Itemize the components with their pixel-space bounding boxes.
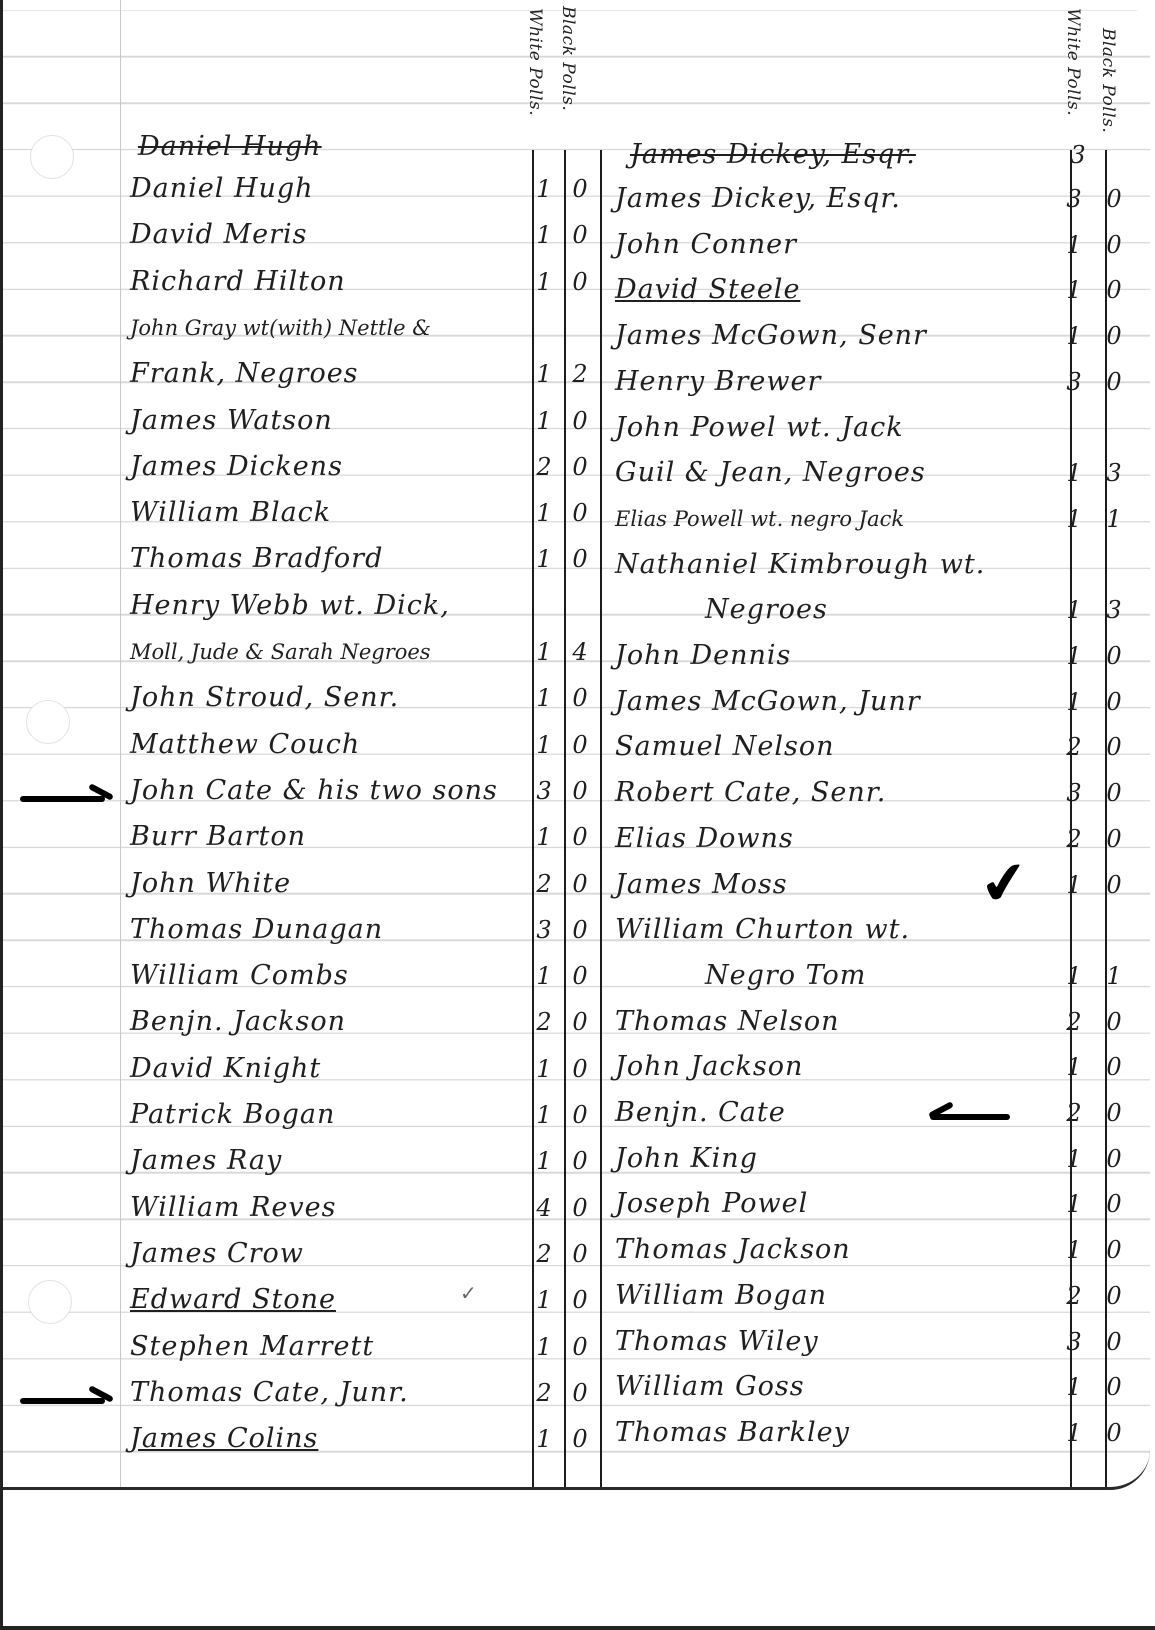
entry-row: James Moss [615, 856, 788, 902]
entry-name: Henry Webb wt. Dick, [130, 589, 450, 623]
black-poll-count: 0 [566, 1098, 594, 1132]
white-poll-count: 1 [1060, 1050, 1088, 1084]
entry-name: James McGown, Junr [615, 685, 921, 719]
entry-row: James Dickey, Esqr. [615, 170, 901, 216]
white-poll-count: 1 [1060, 1187, 1088, 1221]
entry-row: Benjn. Cate [615, 1084, 786, 1130]
black-poll-count: 0 [1100, 1279, 1128, 1313]
white-poll-count: 1 [1060, 868, 1088, 902]
entry-name: James Crow [130, 1237, 304, 1271]
entry-name: Thomas Wiley [615, 1325, 819, 1359]
page-edge [0, 1626, 1155, 1630]
entry-row: Thomas Dunagan [130, 901, 383, 947]
white-poll-count: 2 [530, 867, 558, 901]
white-poll-count: 1 [530, 496, 558, 530]
entry-row: Negroes [705, 581, 828, 627]
black-poll-count: 0 [566, 913, 594, 947]
entry-row: James McGown, Senr [615, 307, 927, 353]
entry-name: Frank, Negroes [130, 357, 359, 391]
black-poll-count: 0 [1100, 1416, 1128, 1450]
punch-hole [30, 135, 74, 179]
entry-name: John Conner [615, 228, 797, 262]
white-poll-count: 1 [530, 681, 558, 715]
black-poll-count: 0 [1100, 1142, 1128, 1176]
entry-name: Richard Hilton [130, 265, 346, 299]
black-poll-count: 0 [566, 265, 594, 299]
entry-name: James Dickey, Esqr. [615, 182, 901, 216]
entry-name: Benjn. Jackson [130, 1005, 346, 1039]
entry-row: Matthew Couch [130, 716, 360, 762]
white-poll-count: 3 [530, 913, 558, 947]
entry-name: Henry Brewer [615, 365, 821, 399]
white-poll-count: 1 [1060, 228, 1088, 262]
white-poll-count: 1 [1060, 1233, 1088, 1267]
black-poll-count: 0 [566, 1052, 594, 1086]
entry-row: John Powel wt. Jack [615, 399, 904, 445]
entry-name: John Jackson [615, 1050, 803, 1084]
entry-name: William Churton wt. [615, 913, 910, 947]
entry-row: Burr Barton [130, 808, 306, 854]
entry-name: Negroes [705, 593, 828, 627]
black-polls-header-right: Black Polls. [1098, 28, 1118, 133]
black-poll-count: 0 [1100, 1370, 1128, 1404]
entry-row: John Dennis [615, 627, 791, 673]
struck-name: James Dickey, Esqr. [630, 138, 916, 172]
entry-name: Thomas Barkley [615, 1416, 850, 1450]
margin-line [120, 0, 121, 1487]
entry-name: John Cate & his two sons [130, 774, 498, 808]
entry-name: Guil & Jean, Negroes [615, 456, 926, 490]
entry-row: William Combs [130, 947, 349, 993]
black-poll-count: 0 [1100, 182, 1128, 216]
entry-name: John Gray wt(with) Nettle & [130, 311, 431, 345]
entry-name: John Powel wt. Jack [615, 411, 904, 445]
black-poll-count: 0 [566, 728, 594, 762]
entry-name: Stephen Marrett [130, 1330, 374, 1364]
tick-note-icon: ✓ [460, 1281, 477, 1305]
entry-row: David Steele [615, 261, 800, 307]
checkmark-icon: ✔ [976, 850, 1032, 914]
entry-row: John White [130, 855, 291, 901]
white-poll-count: 2 [530, 1376, 558, 1410]
white-poll-count: 1 [530, 1283, 558, 1317]
struck-name: Daniel Hugh [138, 130, 322, 164]
black-poll-count: 0 [1100, 1096, 1128, 1130]
black-poll-count: 0 [1100, 1233, 1128, 1267]
black-poll-count: 0 [566, 681, 594, 715]
white-poll-count: 3 [530, 774, 558, 808]
white-poll-count: 2 [1060, 1005, 1088, 1039]
entry-name: James Colins [130, 1422, 318, 1456]
entry-name: William Black [130, 496, 331, 530]
entry-row: William Reves [130, 1179, 337, 1225]
entry-row: Thomas Barkley [615, 1404, 850, 1450]
black-poll-count: 0 [1100, 1187, 1128, 1221]
entry-row: Henry Webb wt. Dick, [130, 577, 450, 623]
entry-name: Burr Barton [130, 820, 306, 854]
white-poll-count: 1 [530, 1144, 558, 1178]
entry-row: William Goss [615, 1358, 805, 1404]
entry-name: Thomas Dunagan [130, 913, 383, 947]
entry-name: Patrick Bogan [130, 1098, 335, 1132]
black-poll-count: 0 [1100, 1050, 1128, 1084]
entry-name: William Bogan [615, 1279, 827, 1313]
white-poll-count: 2 [1060, 1279, 1088, 1313]
entry-row: Guil & Jean, Negroes [615, 444, 926, 490]
white-poll-count: 1 [530, 1052, 558, 1086]
entry-name: Thomas Jackson [615, 1233, 851, 1267]
white-poll-count: 1 [530, 265, 558, 299]
entry-row: Negro Tom [705, 947, 866, 993]
entry-name: David Knight [130, 1052, 321, 1086]
white-poll-count: 2 [1060, 822, 1088, 856]
entry-row: John Gray wt(with) Nettle & [130, 299, 431, 345]
black-poll-count: 0 [1100, 1325, 1128, 1359]
entry-name: Matthew Couch [130, 728, 360, 762]
black-poll-count: 0 [1100, 685, 1128, 719]
entry-name: David Meris [130, 218, 308, 252]
entry-row: Samuel Nelson [615, 718, 835, 764]
white-poll-count: 1 [1060, 639, 1088, 673]
entry-name: Negro Tom [705, 959, 866, 993]
black-poll-count: 0 [1100, 730, 1128, 764]
entry-name: John Stroud, Senr. [130, 681, 399, 715]
entry-name: Robert Cate, Senr. [615, 776, 886, 810]
entry-row: Elias Downs [615, 810, 794, 856]
black-poll-count: 0 [566, 1376, 594, 1410]
white-poll-count: 1 [1060, 685, 1088, 719]
white-poll-count: 2 [1060, 1096, 1088, 1130]
entry-name: Moll, Jude & Sarah Negroes [130, 635, 431, 669]
white-poll-count: 1 [530, 218, 558, 252]
entry-row: Thomas Nelson [615, 993, 840, 1039]
entry-row: John Stroud, Senr. [130, 669, 399, 715]
entry-name: James Dickens [130, 450, 343, 484]
entry-row: William Black [130, 484, 331, 530]
black-poll-count: 0 [566, 542, 594, 576]
black-poll-count: 4 [566, 635, 594, 669]
white-poll-count: 2 [530, 1237, 558, 1271]
white-poll-count: 1 [530, 1330, 558, 1364]
black-poll-count: 0 [566, 1283, 594, 1317]
white-poll-count: 1 [530, 404, 558, 438]
black-polls-header-left: Black Polls. [558, 6, 578, 111]
entry-row: David Knight [130, 1040, 321, 1086]
black-poll-count: 1 [1100, 959, 1128, 993]
entry-name: Joseph Powel [615, 1187, 808, 1221]
white-poll-count: 3 [1060, 182, 1088, 216]
black-poll-count: 0 [566, 774, 594, 808]
entry-row: Elias Powell wt. negro Jack [615, 490, 904, 536]
white-poll-count: 3 [1060, 776, 1088, 810]
entry-name: Samuel Nelson [615, 730, 835, 764]
entry-row: Frank, Negroes [130, 345, 359, 391]
black-poll-count: 0 [566, 867, 594, 901]
black-poll-count: 0 [566, 1144, 594, 1178]
black-poll-count: 0 [566, 1191, 594, 1225]
black-poll-count: 0 [1100, 319, 1128, 353]
black-poll-count: 0 [1100, 365, 1128, 399]
black-poll-count: 0 [1100, 273, 1128, 307]
white-poll-count: 4 [530, 1191, 558, 1225]
white-poll-count: 1 [1060, 319, 1088, 353]
entry-name: John Dennis [615, 639, 791, 673]
punch-hole [28, 1280, 72, 1324]
entry-name: Benjn. Cate [615, 1096, 786, 1130]
entry-row: James Colins [130, 1410, 318, 1456]
entry-row: Thomas Jackson [615, 1221, 851, 1267]
entry-name: William Goss [615, 1370, 805, 1404]
white-poll-count: 1 [1060, 1142, 1088, 1176]
entry-name: Nathaniel Kimbrough wt. [615, 548, 985, 582]
white-poll-count: 1 [1060, 273, 1088, 307]
entry-name: John White [130, 867, 291, 901]
entry-row: James Dickens [130, 438, 343, 484]
punch-hole [26, 700, 70, 744]
black-poll-count: 0 [566, 959, 594, 993]
entry-name: Elias Downs [615, 822, 794, 856]
struck-entry-left: Daniel Hugh [138, 118, 322, 164]
entry-row: David Meris [130, 206, 308, 252]
white-poll-count: 1 [530, 1098, 558, 1132]
entry-row: Edward Stone [130, 1271, 336, 1317]
entry-row: Richard Hilton [130, 253, 346, 299]
white-polls-header-left: White Polls. [525, 8, 545, 116]
entry-row: Moll, Jude & Sarah Negroes [130, 623, 431, 669]
entry-row: James McGown, Junr [615, 673, 921, 719]
black-poll-count: 0 [566, 404, 594, 438]
entry-name: Daniel Hugh [130, 172, 314, 206]
entry-row: William Churton wt. [615, 901, 910, 947]
entry-row: James Watson [130, 392, 333, 438]
white-poll-count: 1 [530, 1422, 558, 1456]
black-poll-count: 0 [566, 450, 594, 484]
black-poll-count: 0 [566, 1237, 594, 1271]
entry-name: Elias Powell wt. negro Jack [615, 502, 904, 536]
entry-row: Robert Cate, Senr. [615, 764, 886, 810]
entry-name: William Reves [130, 1191, 337, 1225]
struck-entry-right: James Dickey, Esqr. [630, 126, 916, 172]
black-poll-count: 0 [1100, 822, 1128, 856]
struck-white-count: 3 [1064, 138, 1092, 172]
entry-name: James Moss [615, 868, 788, 902]
white-poll-count: 1 [530, 635, 558, 669]
white-poll-count: 1 [1060, 593, 1088, 627]
entry-row: James Ray [130, 1132, 282, 1178]
black-poll-count: 0 [566, 820, 594, 854]
black-poll-count: 3 [1100, 593, 1128, 627]
entry-row: Stephen Marrett [130, 1318, 374, 1364]
entry-name: James McGown, Senr [615, 319, 927, 353]
white-poll-count: 1 [530, 820, 558, 854]
entry-name: Thomas Bradford [130, 542, 383, 576]
entry-row: John Jackson [615, 1038, 803, 1084]
white-poll-count: 1 [530, 357, 558, 391]
white-poll-count: 1 [530, 959, 558, 993]
entry-row: John Cate & his two sons [130, 762, 498, 808]
black-poll-count: 1 [1100, 502, 1128, 536]
entry-row: Thomas Wiley [615, 1313, 819, 1359]
entry-row: William Bogan [615, 1267, 827, 1313]
white-poll-count: 1 [1060, 1416, 1088, 1450]
black-poll-count: 0 [1100, 228, 1128, 262]
black-poll-count: 2 [566, 357, 594, 391]
white-poll-count: 1 [1060, 456, 1088, 490]
black-poll-count: 0 [1100, 1005, 1128, 1039]
page-edge [0, 0, 3, 1630]
white-poll-count: 1 [1060, 502, 1088, 536]
entry-row: Nathaniel Kimbrough wt. [615, 536, 985, 582]
entry-row: Henry Brewer [615, 353, 821, 399]
black-poll-count: 0 [566, 1005, 594, 1039]
entry-row: Patrick Bogan [130, 1086, 335, 1132]
entry-name: James Watson [130, 404, 333, 438]
white-poll-count: 1 [530, 728, 558, 762]
black-poll-count: 0 [1100, 639, 1128, 673]
black-poll-count: 0 [566, 1422, 594, 1456]
entry-row: John Conner [615, 216, 797, 262]
black-poll-count: 0 [566, 218, 594, 252]
entry-name: John King [615, 1142, 758, 1176]
entry-row: Thomas Cate, Junr. [130, 1364, 409, 1410]
white-poll-count: 1 [530, 172, 558, 206]
black-poll-count: 0 [566, 1330, 594, 1364]
white-poll-count: 2 [530, 1005, 558, 1039]
column-rule [600, 150, 602, 1487]
white-poll-count: 2 [1060, 730, 1088, 764]
black-poll-count: 3 [1100, 456, 1128, 490]
entry-name: William Combs [130, 959, 349, 993]
black-poll-count: 0 [1100, 776, 1128, 810]
entry-name: David Steele [615, 273, 800, 307]
white-polls-header-right: White Polls. [1063, 8, 1083, 116]
entry-name: Thomas Cate, Junr. [130, 1376, 409, 1410]
black-poll-count: 0 [566, 172, 594, 206]
white-poll-count: 1 [530, 542, 558, 576]
white-poll-count: 3 [1060, 1325, 1088, 1359]
black-poll-count: 0 [566, 496, 594, 530]
entry-name: Thomas Nelson [615, 1005, 840, 1039]
white-poll-count: 3 [1060, 365, 1088, 399]
entry-name: Edward Stone [130, 1283, 336, 1317]
white-poll-count: 2 [530, 450, 558, 484]
entry-row: Thomas Bradford [130, 530, 383, 576]
black-poll-count: 0 [1100, 868, 1128, 902]
entry-row: Daniel Hugh [130, 160, 314, 206]
entry-row: Benjn. Jackson [130, 993, 346, 1039]
entry-name: James Ray [130, 1144, 282, 1178]
entry-row: John King [615, 1130, 758, 1176]
entry-row: Joseph Powel [615, 1175, 808, 1221]
white-poll-count: 1 [1060, 959, 1088, 993]
white-poll-count: 1 [1060, 1370, 1088, 1404]
entry-row: James Crow [130, 1225, 304, 1271]
